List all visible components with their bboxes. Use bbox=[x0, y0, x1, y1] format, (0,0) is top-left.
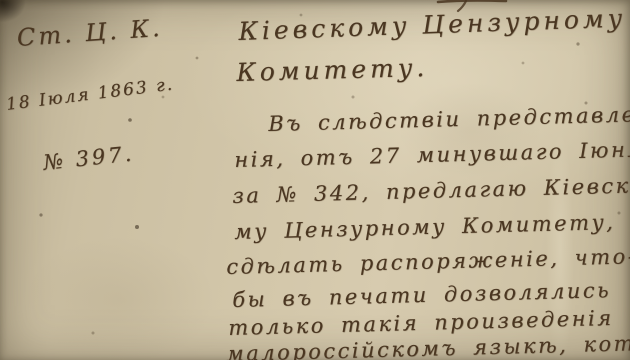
addressee-line-1: Кіевскому Цензурному bbox=[238, 3, 627, 46]
margin-committee-abbr: Ст. Ц. К. bbox=[16, 14, 163, 52]
document-photo: Ст. Ц. К. 18 Іюля 1863 г. № 397. Кіевско… bbox=[0, 0, 630, 360]
body-line: за № 342, предлагаю Кіевско- bbox=[232, 173, 630, 208]
margin-date: 18 Іюля 1863 г. bbox=[5, 74, 175, 114]
margin-document-number: № 397. bbox=[42, 141, 135, 174]
body-line: нія, отъ 27 минувшаго Іюня bbox=[234, 137, 630, 172]
addressee-line-2: Комитету. bbox=[236, 53, 429, 87]
body-line: сдѣлать распоряженіе, что- bbox=[226, 244, 630, 279]
body-line: му Цензурному Комитету, bbox=[234, 210, 616, 244]
paper-specks bbox=[0, 0, 2, 2]
body-line: Въ слѣдствіи представле- bbox=[268, 102, 630, 136]
